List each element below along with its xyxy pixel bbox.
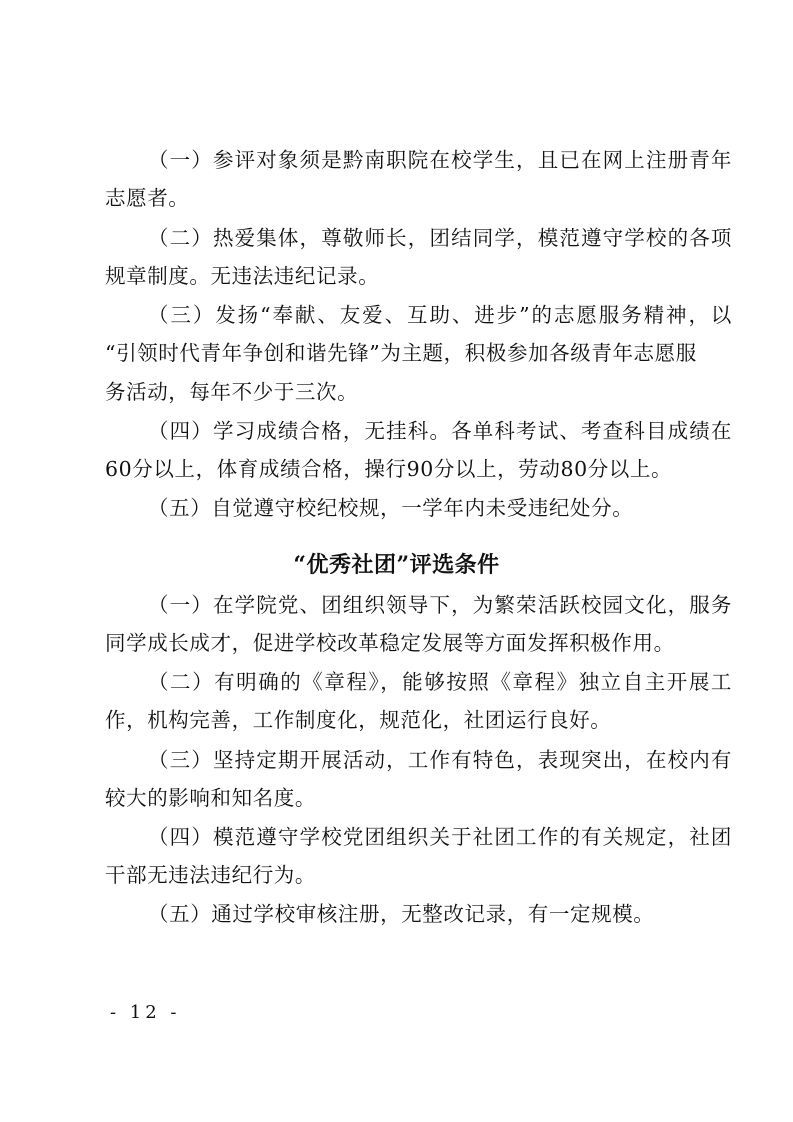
section-heading: “优秀社团”评选条件 [0,552,793,578]
s2-item2-line1: （二）有明确的《章程》，能够按照《章程》独立自主开展工 [148,670,732,694]
s2-item3-line1: （三）坚持定期开展活动，工作有特色，表现突出，在校内有 [148,748,732,772]
s2-item2-line2: 作，机构完善，工作制度化，规范化，社团运行良好。 [105,708,689,732]
s2-item5-line1: （五）通过学校审核注册，无整改记录，有一定规模。 [148,902,732,926]
s1-item3-line2: “引领时代青年争创和谐先锋”为主题，积极参加各级青年志愿服 [105,341,689,365]
s1-item2-line2: 规章制度。无违法违纪记录。 [105,264,689,288]
s1-item2-line1: （二）热爱集体，尊敬师长，团结同学，模范遵守学校的各项 [148,226,732,250]
s2-item4-line1: （四）模范遵守学校党团组织关于社团工作的有关规定，社团 [148,825,732,849]
page-number: - 12 - [110,1002,181,1023]
s1-item4-line2: 60分以上，体育成绩合格，操行90分以上，劳动80分以上。 [105,457,689,481]
document-page: （一）参评对象须是黔南职院在校学生，且已在网上注册青年 志愿者。 （二）热爱集体… [0,0,793,1122]
s2-item1-line1: （一）在学院党、团组织领导下，为繁荣活跃校园文化，服务 [148,593,732,617]
s1-item3-line1: （三）发扬“奉献、友爱、互助、进步”的志愿服务精神，以 [148,303,732,327]
s2-item1-line2: 同学成长成才，促进学校改革稳定发展等方面发挥积极作用。 [105,631,689,655]
s1-item1-line1: （一）参评对象须是黔南职院在校学生，且已在网上注册青年 [148,148,732,172]
s1-item5-line1: （五）自觉遵守校纪校规，一学年内未受违纪处分。 [148,496,732,520]
s1-item3-line3: 务活动，每年不少于三次。 [105,380,689,404]
s2-item4-line2: 干部无违法违纪行为。 [105,863,689,887]
s1-item4-line1: （四）学习成绩合格，无挂科。各单科考试、考查科目成绩在 [148,419,732,443]
s2-item3-line2: 较大的影响和知名度。 [105,786,689,810]
s1-item1-line2: 志愿者。 [105,186,689,210]
